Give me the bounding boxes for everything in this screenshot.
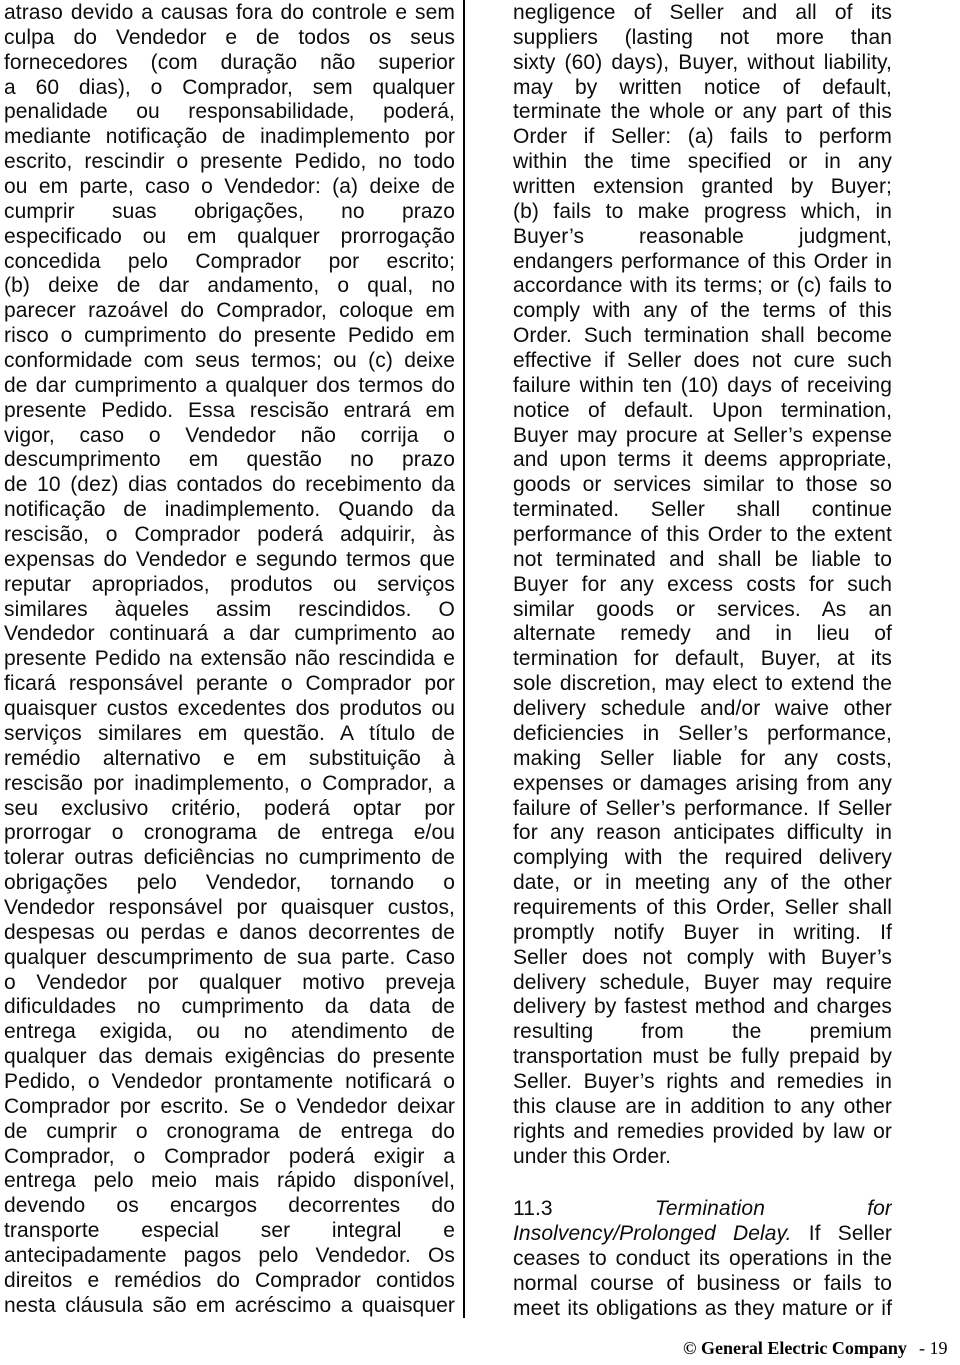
text-line: presente Pedido na extensão não rescindi…: [4, 647, 455, 672]
text-line: Seller. Buyer’s rights and remedies in: [513, 1070, 892, 1095]
text-line: Seller does not comply with Buyer’s: [513, 946, 892, 971]
text-line: effective if Seller does not cure such: [513, 349, 892, 374]
text-line: a 60 dias), o Comprador, sem qualquer: [4, 76, 455, 101]
text-line: sole discretion, may elect to extend the: [513, 672, 892, 697]
text-line: Buyer may procure at Seller’s expense: [513, 424, 892, 449]
text-line: prorrogar o cronograma de entrega e/ou: [4, 821, 455, 846]
text-line: devendo os encargos decorrentes do: [4, 1194, 455, 1219]
text-line: requirements of this Order, Seller shall: [513, 896, 892, 921]
text-line: de cumprir o cronograma de entrega do: [4, 1120, 455, 1145]
text-line: seu exclusivo critério, poderá optar por: [4, 797, 455, 822]
text-line: this clause are in addition to any other: [513, 1095, 892, 1120]
text-line: accordance with its terms; or (c) fails …: [513, 274, 892, 299]
text-line: 11.3 Termination for: [513, 1197, 892, 1222]
body-text: If Seller: [809, 1222, 892, 1245]
text-line: under this Order.: [513, 1145, 892, 1170]
section-title-text: Insolvency/Prolonged Delay.: [513, 1222, 792, 1245]
text-line: dificuldades no cumprimento da data de: [4, 995, 455, 1020]
text-line: serviços similares em questão. A título …: [4, 722, 455, 747]
text-line: within the time specified or in any: [513, 150, 892, 175]
text-line: risco o cumprimento do presente Pedido e…: [4, 324, 455, 349]
copyright-notice: © General Electric Company: [683, 1338, 907, 1359]
text-line: atraso devido a causas fora do controle …: [4, 1, 455, 26]
left-column: atraso devido a causas fora do controle …: [4, 1, 455, 1319]
text-line: delivery schedule and/or waive other: [513, 697, 892, 722]
text-line: not terminated and shall be liable to: [513, 548, 892, 573]
text-line: notificação de inadimplemento. Quando da: [4, 498, 455, 523]
text-line: penalidade ou responsabilidade, poderá,: [4, 100, 455, 125]
text-line: delivery schedule, Buyer may require: [513, 971, 892, 996]
text-line: Buyer for any excess costs for such: [513, 573, 892, 598]
text-line: tolerar outras deficiências no cumprimen…: [4, 846, 455, 871]
text-line: qualquer descumprimento de sua parte. Ca…: [4, 946, 455, 971]
text-line: de 10 (dez) dias contados do recebimento…: [4, 473, 455, 498]
section-title-text: Termination: [655, 1197, 765, 1220]
text-line: may by written notice of default,: [513, 76, 892, 101]
text-line: concedida pelo Comprador por escrito;: [4, 250, 455, 275]
text-line: expenses or damages arising from any: [513, 772, 892, 797]
body-text: 11.3: [513, 1197, 553, 1220]
text-line: reputar apropriados, produtos ou serviço…: [4, 573, 455, 598]
text-line: Pedido, o Vendedor prontamente notificar…: [4, 1070, 455, 1095]
text-line: promptly notify Buyer in writing. If: [513, 921, 892, 946]
text-line: antecipadamente pagos pelo Vendedor. Os: [4, 1244, 455, 1269]
text-line: Order if Seller: (a) fails to perform: [513, 125, 892, 150]
text-line: transportation must be fully prepaid by: [513, 1045, 892, 1070]
text-line: rescisão por inadimplemento, o Comprador…: [4, 772, 455, 797]
document-page: atraso devido a causas fora do controle …: [0, 0, 960, 1365]
text-line: descumprimento em questão no prazo: [4, 448, 455, 473]
text-line: quaisquer custos excedentes dos produtos…: [4, 697, 455, 722]
text-line: Comprador por escrito. Se o Vendedor dei…: [4, 1095, 455, 1120]
text-line: fornecedores (com duração não superior: [4, 51, 455, 76]
text-line: similar goods or services. As an: [513, 598, 892, 623]
text-line: (b) deixe de dar andamento, o qual, no: [4, 274, 455, 299]
text-line: despesas ou perdas e danos decorrentes d…: [4, 921, 455, 946]
text-line: Insolvency/Prolonged Delay. If Seller: [513, 1222, 892, 1247]
text-line: expensas do Vendedor e segundo termos qu…: [4, 548, 455, 573]
text-line: Comprador, o Comprador poderá exigir a: [4, 1145, 455, 1170]
paragraph-gap: [513, 1169, 892, 1197]
text-line: meet its obligations as they mature or i…: [513, 1297, 892, 1322]
text-line: written extension granted by Buyer;: [513, 175, 892, 200]
text-line: transporte especial ser integral e: [4, 1219, 455, 1244]
text-line: resulting from the premium: [513, 1020, 892, 1045]
text-line: performance of this Order to the extent: [513, 523, 892, 548]
text-line: failure of Seller’s performance. If Sell…: [513, 797, 892, 822]
text-line: Vendedor continuará a dar cumprimento ao: [4, 622, 455, 647]
text-line: de dar cumprimento a qualquer dos termos…: [4, 374, 455, 399]
text-line: remédio alternativo e em substituição à: [4, 747, 455, 772]
text-line: conformidade com seus termos; ou (c) dei…: [4, 349, 455, 374]
text-line: presente Pedido. Essa rescisão entrará e…: [4, 399, 455, 424]
text-line: comply with any of the terms of this: [513, 299, 892, 324]
text-line: making Seller liable for any costs,: [513, 747, 892, 772]
text-line: alternate remedy and in lieu of: [513, 622, 892, 647]
column-divider: [463, 0, 465, 1318]
text-line: similares àqueles assim rescindidos. O: [4, 598, 455, 623]
text-line: entrega exigida, ou no atendimento de: [4, 1020, 455, 1045]
text-line: escrito, rescindir o presente Pedido, no…: [4, 150, 455, 175]
section-title-text: for: [867, 1197, 892, 1220]
text-line: (b) fails to make progress which, in: [513, 200, 892, 225]
text-line: especificado ou em qualquer prorrogação: [4, 225, 455, 250]
text-line: complying with the required delivery: [513, 846, 892, 871]
text-line: delivery by fastest method and charges: [513, 995, 892, 1020]
text-line: notice of default. Upon termination,: [513, 399, 892, 424]
text-line: goods or services similar to those so: [513, 473, 892, 498]
text-line: Buyer’s reasonable judgment,: [513, 225, 892, 250]
text-line: deficiencies in Seller’s performance,: [513, 722, 892, 747]
page-number: - 19: [919, 1338, 948, 1359]
text-line: vigor, caso o Vendedor não corrija o: [4, 424, 455, 449]
text-line: terminate the whole or any part of this: [513, 100, 892, 125]
text-line: sixty (60) days), Buyer, without liabili…: [513, 51, 892, 76]
text-line: endangers performance of this Order in: [513, 250, 892, 275]
text-line: suppliers (lasting not more than: [513, 26, 892, 51]
text-line: termination for default, Buyer, at its: [513, 647, 892, 672]
text-line: o Vendedor por qualquer motivo preveja: [4, 971, 455, 996]
text-line: rescisão, o Comprador poderá adquirir, à…: [4, 523, 455, 548]
text-line: rights and remedies provided by law or: [513, 1120, 892, 1145]
text-line: entrega pelo meio mais rápido disponível…: [4, 1169, 455, 1194]
text-line: Vendedor responsável por quaisquer custo…: [4, 896, 455, 921]
text-line: direitos e remédios do Comprador contido…: [4, 1269, 455, 1294]
text-line: culpa do Vendedor e de todos os seus: [4, 26, 455, 51]
text-line: ou em parte, caso o Vendedor: (a) deixe …: [4, 175, 455, 200]
text-line: Order. Such termination shall become: [513, 324, 892, 349]
text-line: ficará responsável perante o Comprador p…: [4, 672, 455, 697]
text-line: negligence of Seller and all of its: [513, 1, 892, 26]
text-line: qualquer das demais exigências do presen…: [4, 1045, 455, 1070]
text-line: ceases to conduct its operations in the: [513, 1247, 892, 1272]
text-line: normal course of business or fails to: [513, 1272, 892, 1297]
text-line: and upon terms it deems appropriate,: [513, 448, 892, 473]
text-line: cumprir suas obrigações, no prazo: [4, 200, 455, 225]
text-line: failure within ten (10) days of receivin…: [513, 374, 892, 399]
text-line: nesta cláusula são em acréscimo a quaisq…: [4, 1294, 455, 1319]
text-line: for any reason anticipates difficulty in: [513, 821, 892, 846]
text-line: obrigações pelo Vendedor, tornando o: [4, 871, 455, 896]
right-column: negligence of Seller and all of itssuppl…: [513, 1, 892, 1322]
text-line: terminated. Seller shall continue: [513, 498, 892, 523]
text-line: date, or in meeting any of the other: [513, 871, 892, 896]
text-line: parecer razoável do Comprador, coloque e…: [4, 299, 455, 324]
text-line: mediante notificação de inadimplemento p…: [4, 125, 455, 150]
